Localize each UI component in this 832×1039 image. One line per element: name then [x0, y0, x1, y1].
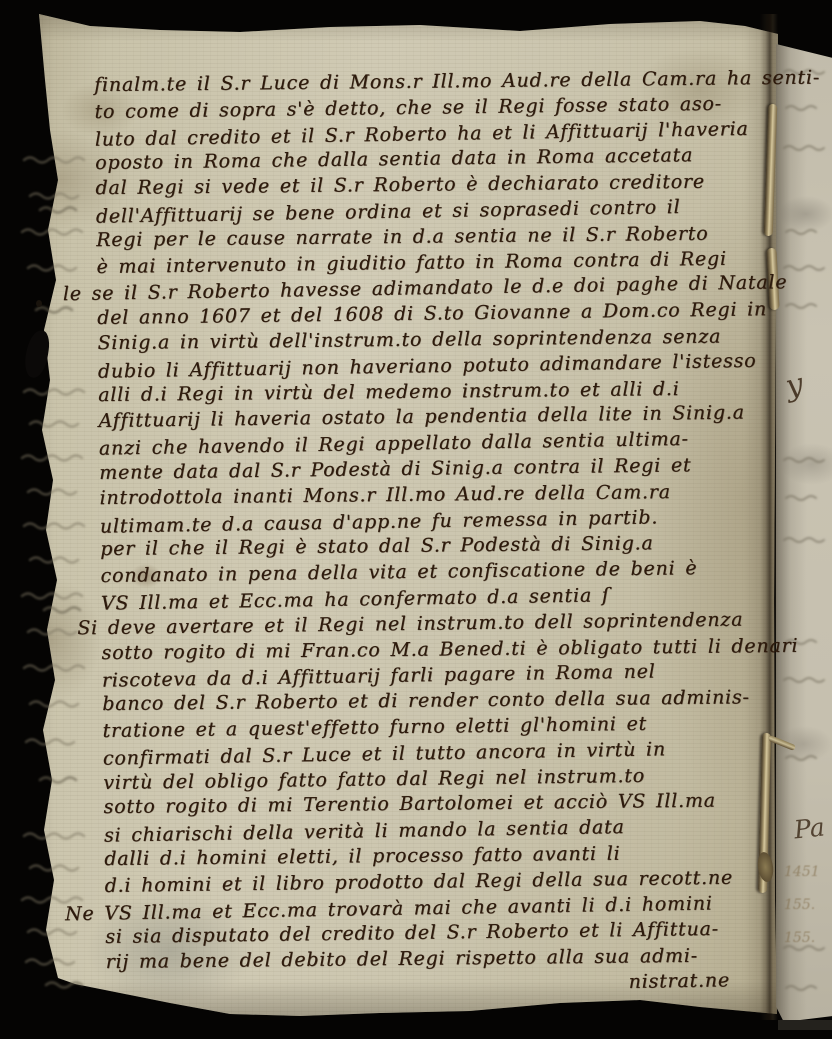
ink-speck — [36, 300, 42, 307]
ghost-number: 155. — [784, 889, 830, 922]
manuscript-text-block: finalm.te il S.r Luce di Mons.r Ill.mo A… — [94, 65, 788, 1003]
ghost-number: 1451 — [784, 856, 830, 889]
ghost-number: 155. — [784, 922, 830, 955]
adjacent-page-ghost-numbers: 1451 155. 155. — [784, 856, 830, 955]
adjacent-page-ink-mark: Pa — [793, 812, 826, 844]
